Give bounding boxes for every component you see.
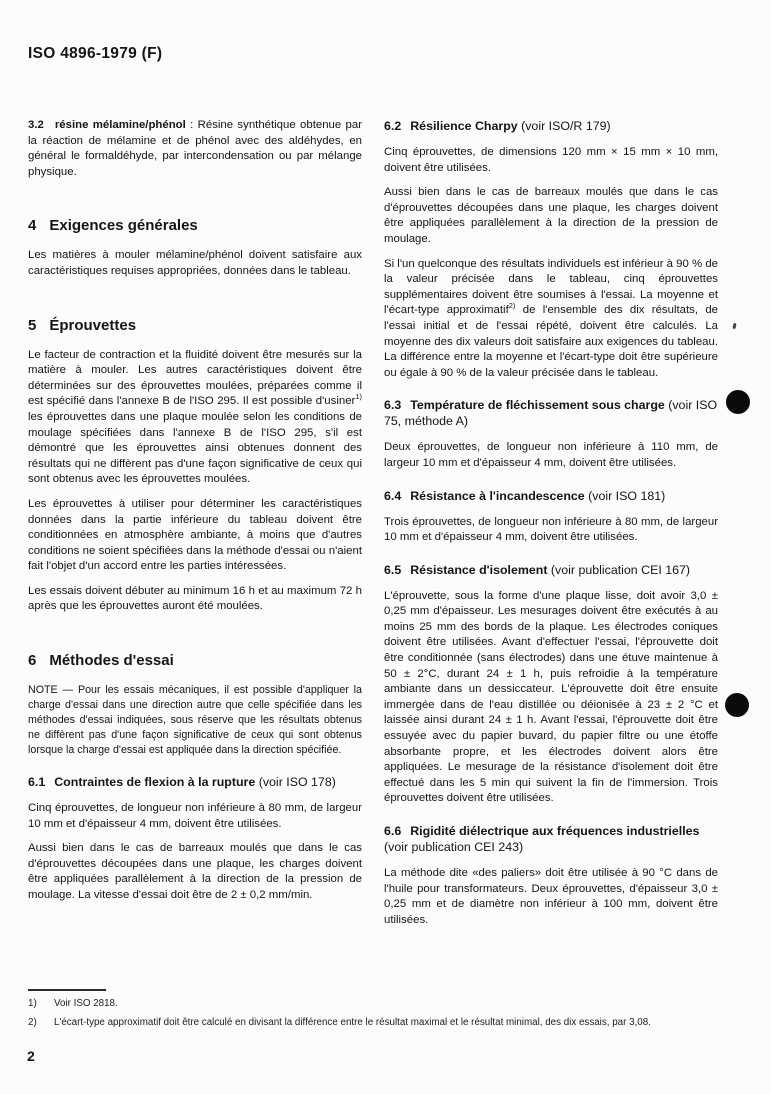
section-6-5-number: 6.5 (384, 562, 401, 578)
section-5-title: Éprouvettes (49, 317, 136, 334)
section-6-6-title: Rigidité diélectrique aux fréquences ind… (410, 824, 699, 838)
section-6-2-paragraph-3: Si l'un quelconque des résultats individ… (384, 257, 718, 382)
section-6-note: NOTE — Pour les essais mécaniques, il es… (28, 683, 362, 758)
definition-3-2: 3.2résine mélamine/phénol : Résine synth… (28, 118, 362, 180)
section-6-4-title: Résistance à l'incandescence (410, 489, 584, 503)
section-4-heading: 4Exigences générales (28, 216, 362, 235)
section-5-paragraph-2: Les éprouvettes à utiliser pour détermin… (28, 497, 362, 575)
section-6-1-paragraph-1: Cinq éprouvettes, de longueur non inféri… (28, 801, 362, 832)
registration-dot-icon (726, 390, 750, 414)
footnote-reference-1: 1) (355, 393, 362, 402)
page-number: 2 (27, 1048, 35, 1064)
section-5-paragraph-1: Le facteur de contraction et la fluidité… (28, 348, 362, 488)
clause-number: 3.2 (28, 118, 44, 134)
paragraph-text: Le facteur de contraction et la fluidité… (28, 349, 362, 408)
section-6-6-reference: (voir publication CEI 243) (384, 840, 523, 854)
footnote-1-text: Voir ISO 2818. (54, 998, 118, 1009)
section-6-3-title: Température de fléchissement sous charge (410, 398, 665, 412)
footnote-2-text: L'écart-type approximatif doit être calc… (54, 1017, 651, 1028)
document-page: ISO 4896-1979 (F) 3.2résine mélamine/phé… (0, 0, 771, 1094)
section-6-1-number: 6.1 (28, 774, 45, 790)
registration-dot-icon (725, 693, 749, 717)
section-6-2-heading: 6.2Résilience Charpy (voir ISO/R 179) (384, 118, 718, 134)
footnote-separator-rule (28, 989, 106, 991)
section-6-3-number: 6.3 (384, 397, 401, 413)
footnote-2-marker: 2) (28, 1016, 54, 1029)
section-6-heading: 6Méthodes d'essai (28, 651, 362, 670)
right-column: 6.2Résilience Charpy (voir ISO/R 179) Ci… (384, 118, 718, 937)
section-6-2-number: 6.2 (384, 118, 401, 134)
section-4-title: Exigences générales (49, 217, 197, 234)
section-6-1-reference: (voir ISO 178) (255, 775, 336, 789)
section-6-5-paragraph: L'éprouvette, sous la forme d'une plaque… (384, 589, 718, 807)
footnote-1: 1)Voir ISO 2818. (28, 997, 752, 1010)
section-6-3-paragraph: Deux éprouvettes, de longueur non inféri… (384, 440, 718, 471)
section-6-2-title: Résilience Charpy (410, 119, 517, 133)
paragraph-text: les éprouvettes dans une plaque moulée s… (28, 411, 362, 485)
section-4-number: 4 (28, 216, 36, 235)
section-6-1-heading: 6.1Contraintes de flexion à la rupture (… (28, 774, 362, 790)
section-5-heading: 5Éprouvettes (28, 316, 362, 335)
section-6-2-paragraph-2: Aussi bien dans le cas de barreaux moulé… (384, 185, 718, 247)
left-column: 3.2résine mélamine/phénol : Résine synth… (28, 118, 362, 913)
section-5-number: 5 (28, 316, 36, 335)
section-6-1-title: Contraintes de flexion à la rupture (54, 775, 255, 789)
section-6-6-paragraph: La méthode dite «des paliers» doit être … (384, 866, 718, 928)
footnote-1-marker: 1) (28, 997, 54, 1010)
section-6-4-paragraph: Trois éprouvettes, de longueur non infér… (384, 515, 718, 546)
definition-term: résine mélamine/phénol (55, 119, 186, 131)
section-6-2-paragraph-1: Cinq éprouvettes, de dimensions 120 mm ×… (384, 145, 718, 176)
section-6-title: Méthodes d'essai (49, 652, 173, 669)
footnote-2: 2)L'écart-type approximatif doit être ca… (28, 1016, 752, 1029)
section-6-5-heading: 6.5Résistance d'isolement (voir publicat… (384, 562, 718, 578)
section-6-4-reference: (voir ISO 181) (585, 489, 666, 503)
section-6-6-number: 6.6 (384, 823, 401, 839)
section-6-6-heading: 6.6Rigidité diélectrique aux fréquences … (384, 823, 718, 855)
section-6-4-number: 6.4 (384, 488, 401, 504)
section-6-5-title: Résistance d'isolement (410, 563, 547, 577)
scan-speck (732, 323, 736, 329)
section-6-5-reference: (voir publication CEI 167) (547, 563, 690, 577)
section-6-3-heading: 6.3Température de fléchissement sous cha… (384, 397, 718, 429)
section-6-2-reference: (voir ISO/R 179) (518, 119, 611, 133)
section-5-paragraph-3: Les essais doivent débuter au minimum 16… (28, 584, 362, 615)
doc-reference: ISO 4896-1979 (F) (28, 45, 162, 63)
section-6-1-paragraph-2: Aussi bien dans le cas de barreaux moulé… (28, 841, 362, 903)
section-6-4-heading: 6.4Résistance à l'incandescence (voir IS… (384, 488, 718, 504)
section-4-paragraph: Les matières à mouler mélamine/phénol do… (28, 248, 362, 279)
section-6-number: 6 (28, 651, 36, 670)
